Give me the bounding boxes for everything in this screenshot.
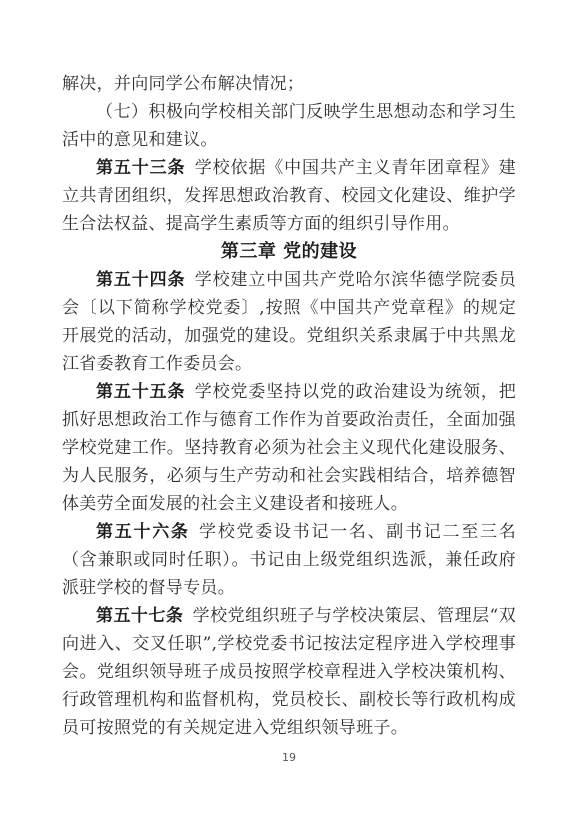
chapter-heading: 第三章 党的建设 bbox=[62, 238, 516, 266]
article-number-label: 第五十七条 bbox=[96, 606, 183, 626]
paragraph-text: 解决，并向同学公布解决情况； bbox=[62, 74, 304, 94]
page-number: 19 bbox=[0, 751, 578, 764]
paragraph-continuation: 解决，并向同学公布解决情况； bbox=[62, 70, 516, 98]
paragraph-article-55: 第五十五条学校党委坚持以党的政治建设为统领，把抓好思想政治工作与德育工作作为首要… bbox=[62, 378, 516, 518]
article-number-label: 第五十六条 bbox=[96, 522, 190, 542]
paragraph-text: （七）积极向学校相关部门反映学生思想动态和学习生活中的意见和建议。 bbox=[62, 102, 516, 150]
document-text-body: 解决，并向同学公布解决情况； （七）积极向学校相关部门反映学生思想动态和学习生活… bbox=[62, 70, 516, 742]
paragraph-article-54: 第五十四条学校建立中国共产党哈尔滨华德学院委员会〔以下简称学校党委〕,按照《中国… bbox=[62, 266, 516, 378]
paragraph-article-56: 第五十六条学校党委设书记一名、副书记二至三名（含兼职或同时任职）。书记由上级党组… bbox=[62, 518, 516, 602]
paragraph-item-seven: （七）积极向学校相关部门反映学生思想动态和学习生活中的意见和建议。 bbox=[62, 98, 516, 154]
paragraph-article-53: 第五十三条学校依据《中国共产主义青年团章程》建立共青团组织，发挥思想政治教育、校… bbox=[62, 154, 516, 238]
article-number-label: 第五十四条 bbox=[96, 270, 185, 290]
paragraph-article-57: 第五十七条学校党组织班子与学校决策层、管理层“双向进入、交叉任职”,学校党委书记… bbox=[62, 602, 516, 742]
scanned-document-page: 解决，并向同学公布解决情况； （七）积极向学校相关部门反映学生思想动态和学习生活… bbox=[0, 0, 578, 824]
article-number-label: 第五十五条 bbox=[96, 382, 185, 402]
article-number-label: 第五十三条 bbox=[96, 158, 185, 178]
